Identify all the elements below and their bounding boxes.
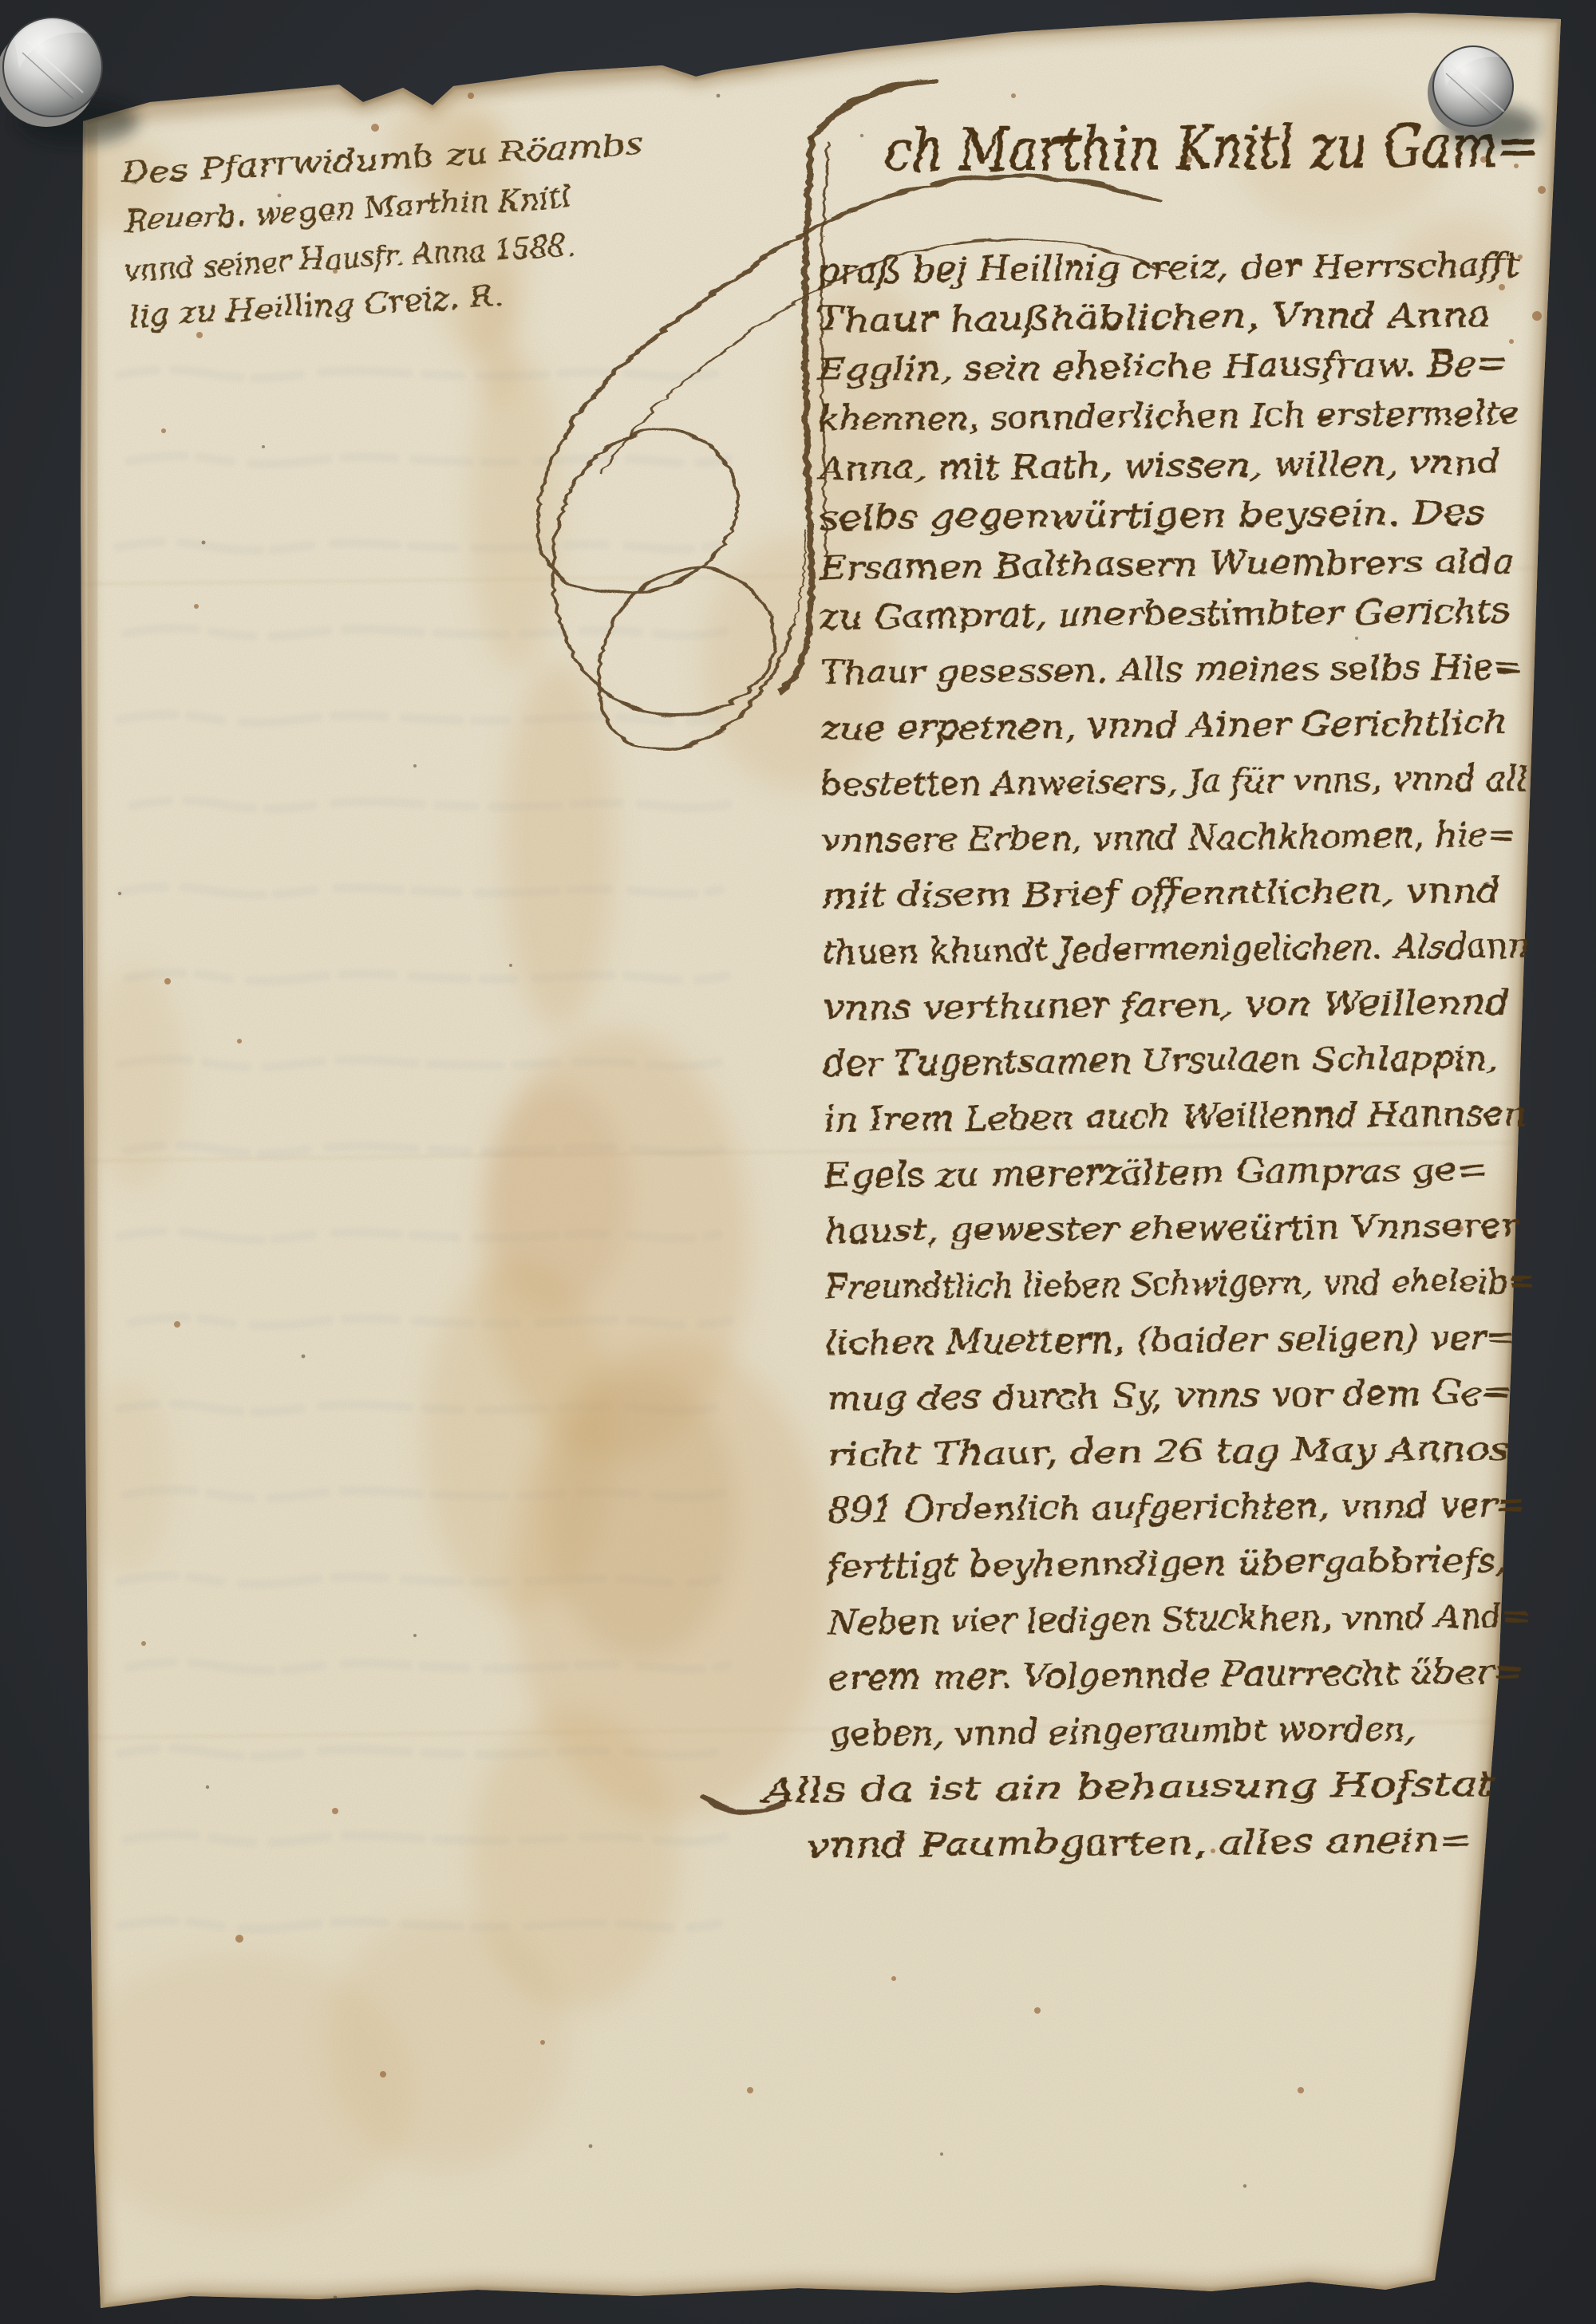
manuscript-line: mit disem Brief offenntlichen, vnnd	[820, 869, 1499, 913]
manuscript-line: Thaur haußhäblichen, Vnnd Anna	[816, 293, 1490, 337]
manuscript-line: zu Gamprat, unerbestimbter Gerichts	[817, 590, 1508, 635]
manuscript-line: vnns verthuner faren, von Weillennd	[821, 980, 1507, 1026]
manuscript-line: Thaur gesessen. Alls meines selbs Hie=	[819, 645, 1521, 691]
manuscript-line: Freundtlich lieben Schwigern, vnd ehelei…	[824, 1260, 1533, 1305]
manuscript-line: erem mer. Volgennde Paurrecht über=	[828, 1651, 1522, 1696]
manuscript-line: bestetten Anweisers, Ja für vnns, vnnd a…	[820, 757, 1526, 803]
manuscript-line: Alls da ist ain behausung Hofstat	[759, 1762, 1494, 1808]
manuscript-line: 891 Ordenlich aufgerichten, vnnd ver=	[826, 1483, 1524, 1529]
manuscript-line: Egels zu mererzältem Gampras ge=	[822, 1148, 1485, 1193]
manuscript-line: geben, vnnd eingeraumbt worden,	[828, 1707, 1414, 1751]
manuscript-line: in Irem Leben auch Weillennd Hannsen	[823, 1092, 1525, 1138]
manuscript-line: selbs gegenwürtigen beysein. Des	[817, 491, 1483, 535]
manuscript-line: praß bej Heillnig creiz, der Herrschafft	[815, 243, 1518, 289]
manuscript-line: Anna, mit Rath, wissen, willen, vnnd	[813, 441, 1499, 486]
manuscript-line: vnnsere Erben, vnnd Nachkhomen, hie=	[820, 813, 1515, 858]
manuscript-line: haust, gewester eheweürtin Vnnserer	[824, 1204, 1521, 1249]
manuscript-line: der Tugentsamen Ursulaen Schlappin,	[822, 1036, 1496, 1081]
manuscript-line: zue erpetnen, vnnd Ainer Gerichtlich	[818, 701, 1505, 747]
manuscript-line: Egglin, sein eheliche Hausfraw. Be=	[815, 342, 1507, 388]
manuscript-line: thuen khundt Jedermenigelichen. Alsdann	[821, 925, 1527, 970]
manuscript-line: Neben vier ledigen Stuckhen, vnnd And=	[826, 1595, 1529, 1640]
manuscript-line: vnnd Paumbgarten, alles anein=	[805, 1819, 1472, 1864]
manuscript-line: khennen, sonnderlichen Ich erstermelte	[816, 392, 1519, 437]
manuscript-line: ferttigt beyhenndigen übergabbriefs,	[824, 1539, 1505, 1584]
manuscript-photo: Des Pfarrwidumb zu Röambs Reuerb. wegen …	[0, 0, 1596, 2324]
manuscript-line: richt Thaur, den 26 tag May Annos	[825, 1427, 1507, 1472]
manuscript-line: lichen Muettern, (baider seligen) ver=	[824, 1316, 1515, 1361]
manuscript-line: mug des durch Sy, vnns vor dem Ge=	[825, 1371, 1511, 1417]
manuscript-line: Ersamen Balthasern Wuembrers alda	[817, 540, 1512, 586]
